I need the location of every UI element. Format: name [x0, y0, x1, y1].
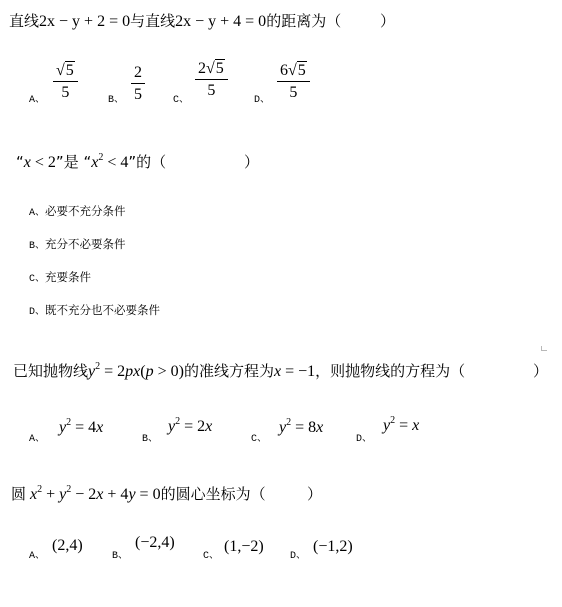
q1-option-b-label[interactable]: B、 [108, 95, 124, 107]
corner-mark-icon [541, 346, 547, 351]
option-label: A、 [29, 208, 45, 219]
close-quote-and-is: ”是 [56, 153, 79, 171]
q3-option-a-label[interactable]: A、 [29, 434, 45, 446]
q2-option-b[interactable]: B、充分不必要条件 [29, 233, 126, 253]
q3-option-b-label[interactable]: B、 [142, 434, 158, 446]
q4-option-d-label[interactable]: D、 [290, 551, 306, 563]
q2-answer-close-paren: ） [244, 152, 259, 172]
radicand: 5 [65, 61, 75, 79]
q3-prefix: 已知抛物线 [13, 362, 88, 380]
option-text: 既不充分也不必要条件 [45, 303, 160, 317]
option-label: C、 [29, 274, 45, 285]
fraction-numerator: 6√5 [277, 62, 310, 81]
inequality-rest: < 4 [103, 154, 128, 171]
q2-option-c[interactable]: C、充要条件 [29, 266, 91, 286]
q3-option-d-equation[interactable]: y2 = x [383, 417, 419, 435]
option-label: B、 [29, 241, 45, 252]
q2-option-d[interactable]: D、既不充分也不必要条件 [29, 299, 160, 319]
q1-option-d-fraction[interactable]: 6√5 5 [277, 62, 310, 102]
equation-part: = 2 [180, 418, 205, 435]
q3-parabola-equation: y2 = 2px(p > 0) [88, 363, 184, 380]
fraction-numerator: 2 [131, 64, 145, 83]
coefficient: 2 [198, 60, 206, 77]
equation-part: > 0) [154, 363, 184, 380]
question-2-stem: “x < 2”是 “x2 < 4”的（ [16, 152, 166, 173]
q3-answer-close-paren: ） [533, 361, 548, 381]
q4-answer-close-paren: ） [307, 484, 322, 504]
variable: x [316, 419, 323, 436]
variable: px [125, 363, 140, 380]
q1-option-a-fraction[interactable]: √5 5 [53, 62, 78, 102]
equation-part: + 4 [103, 486, 128, 503]
equation-part: − 2 [71, 486, 96, 503]
q4-option-c-value[interactable]: (1,−2) [224, 538, 264, 556]
q4-option-b-label[interactable]: B、 [112, 551, 128, 563]
variable: y [128, 486, 135, 503]
q1-option-a-label[interactable]: A、 [29, 95, 45, 107]
q1-middle: 与直线 [130, 12, 175, 30]
option-text: 充分不必要条件 [45, 237, 126, 251]
radicand: 5 [297, 61, 307, 79]
q1-option-c-label[interactable]: C、 [173, 95, 189, 107]
equation-part: + [42, 486, 59, 503]
q4-suffix: 的圆心坐标为（ [161, 485, 266, 503]
q1-option-c-fraction[interactable]: 2√5 5 [195, 60, 228, 100]
q4-option-c-label[interactable]: C、 [203, 551, 219, 563]
q1-line1-equation: 2x − y + 2 = 0 [39, 13, 130, 30]
q3-option-a-equation[interactable]: y2 = 4x [59, 419, 103, 437]
q4-option-d-value[interactable]: (−1,2) [313, 538, 353, 556]
option-text: 充要条件 [45, 270, 91, 284]
question-1-stem: 直线2x − y + 2 = 0与直线2x − y + 4 = 0的距离为（ [9, 11, 341, 32]
close-quote-and-of: ”的（ [128, 153, 166, 171]
q3-option-b-equation[interactable]: y2 = 2x [168, 418, 212, 436]
q2-condition-1: x < 2 [24, 154, 56, 171]
fraction-denominator: 5 [61, 82, 69, 102]
radicand: 5 [215, 59, 225, 77]
q1-option-b-fraction[interactable]: 2 5 [131, 64, 145, 104]
equation-part: = −1 [281, 363, 315, 380]
coefficient: 6 [280, 62, 288, 79]
question-3-stem: 已知抛物线y2 = 2px(p > 0)的准线方程为x = −1，则抛物线的方程… [13, 361, 465, 382]
q3-option-c-equation[interactable]: y2 = 8x [279, 419, 323, 437]
equation-part: = [395, 417, 412, 434]
inequality-rest: < 2 [31, 154, 56, 171]
equation-part: = 8 [291, 419, 316, 436]
q3-middle: 的准线方程为 [184, 362, 274, 380]
q3-option-c-label[interactable]: C、 [251, 434, 267, 446]
equation-part: = 4 [71, 419, 96, 436]
fraction-numerator: 2√5 [195, 60, 228, 79]
q4-circle-equation: x2 + y2 − 2x + 4y = 0 [26, 486, 161, 503]
fraction-numerator: √5 [53, 62, 78, 81]
q4-option-a-value[interactable]: (2,4) [52, 537, 83, 555]
variable: p [146, 363, 154, 380]
q1-line2-equation: 2x − y + 4 = 0 [175, 13, 266, 30]
fraction-denominator: 5 [289, 82, 297, 102]
q4-option-a-label[interactable]: A、 [29, 551, 45, 563]
q3-option-d-label[interactable]: D、 [356, 434, 372, 446]
variable: x [274, 363, 281, 380]
open-quote: “ [16, 153, 24, 171]
variable: x [205, 418, 212, 435]
variable: x [412, 417, 419, 434]
q3-suffix: ，则抛物线的方程为（ [315, 362, 465, 380]
option-text: 必要不充分条件 [45, 204, 126, 218]
variable: x [24, 154, 31, 171]
variable: x [96, 419, 103, 436]
option-label: D、 [29, 307, 45, 318]
q1-option-d-label[interactable]: D、 [254, 95, 270, 107]
question-4-stem: 圆 x2 + y2 − 2x + 4y = 0的圆心坐标为（ [11, 484, 266, 505]
equation-part: = 2 [100, 363, 125, 380]
q3-directrix-equation: x = −1 [274, 363, 315, 380]
equation-part: = 0 [136, 486, 161, 503]
fraction-denominator: 5 [134, 84, 142, 104]
q1-prefix: 直线 [9, 12, 39, 30]
q1-line2-text: 2x − y + 4 = 0 [175, 13, 266, 30]
fraction-denominator: 5 [207, 80, 215, 100]
q1-suffix: 的距离为（ [266, 12, 341, 30]
q1-line1-text: 2x − y + 2 = 0 [39, 13, 130, 30]
q2-option-a[interactable]: A、必要不充分条件 [29, 200, 126, 220]
q2-condition-2: x2 < 4 [91, 154, 128, 171]
q4-prefix: 圆 [11, 485, 26, 503]
q4-option-b-value[interactable]: (−2,4) [135, 534, 175, 552]
q1-answer-close-paren: ） [380, 11, 395, 31]
